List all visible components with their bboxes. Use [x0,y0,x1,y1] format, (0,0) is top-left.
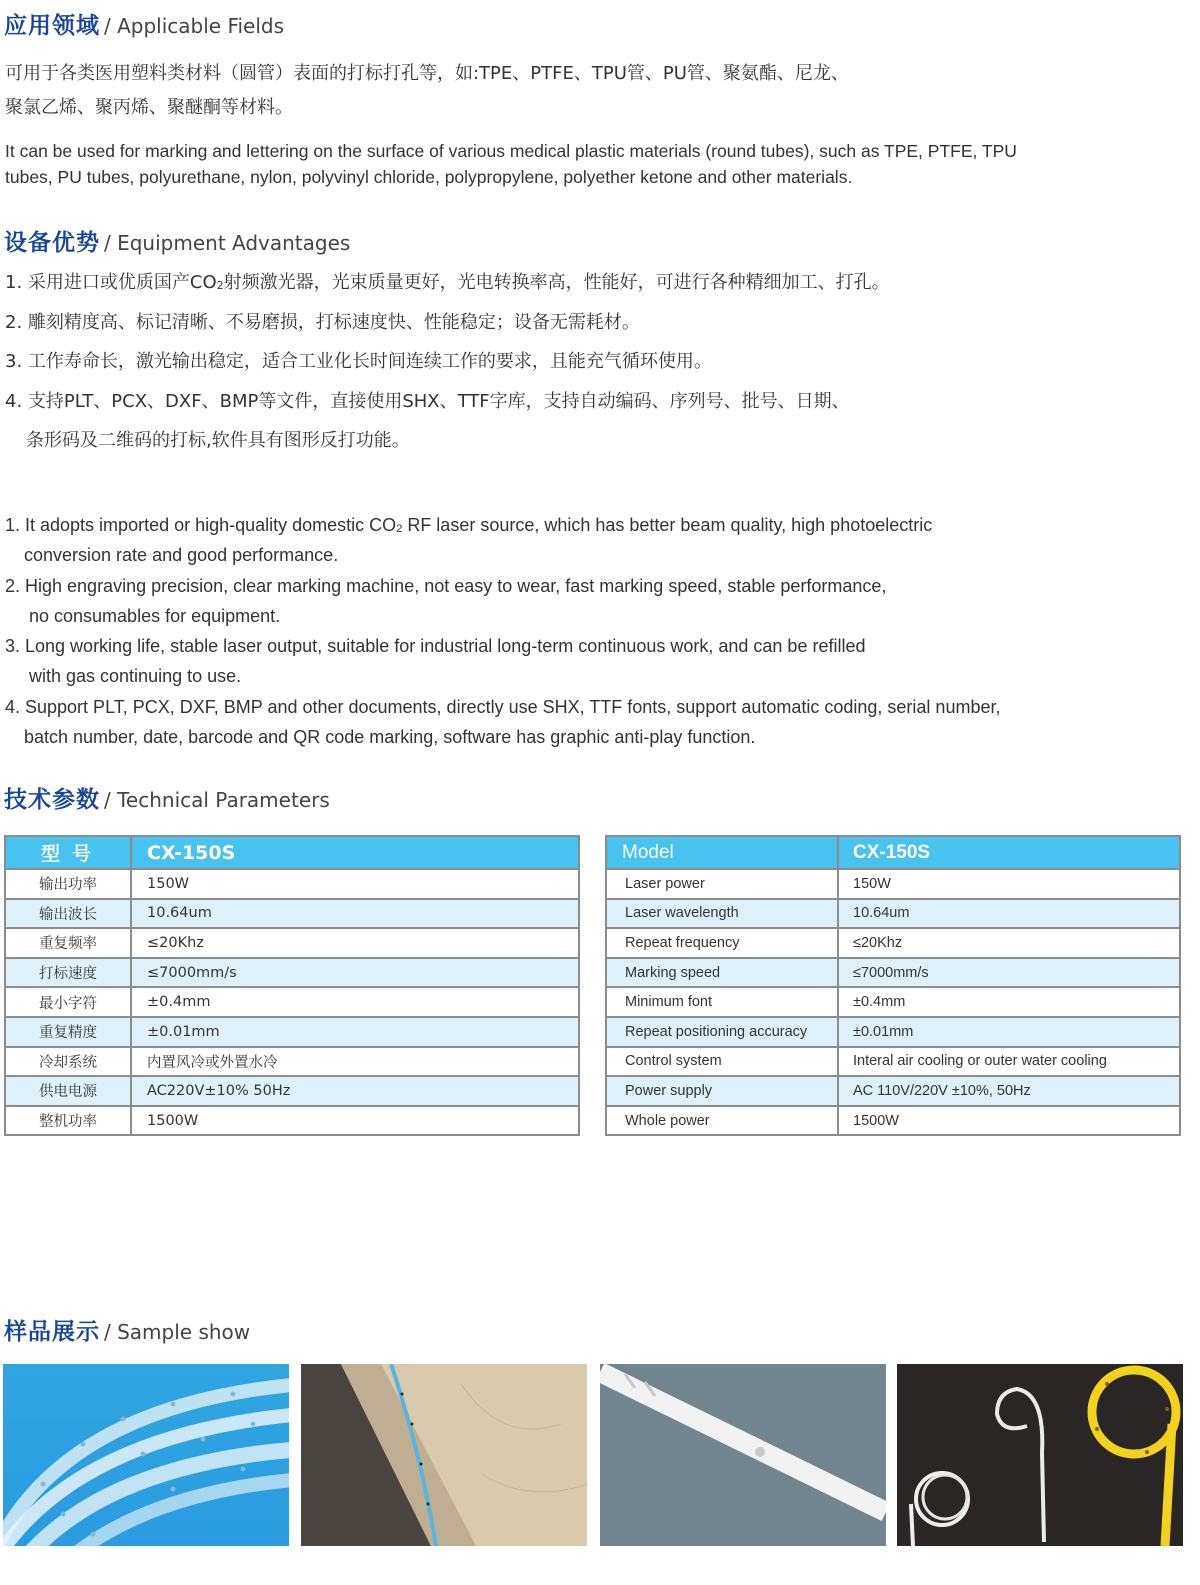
sample-image-blue-tube-on-wood [301,1364,587,1546]
applicable-fields-text-en: It can be used for marking and lettering… [5,138,1185,190]
advantage-line: 3. Long working life, stable laser outpu… [5,631,1185,661]
param-name: 输出波长 [5,899,131,929]
param-name: 供电电源 [5,1076,131,1106]
title-en: / Applicable Fields [104,14,284,38]
param-name: 重复精度 [5,1017,131,1047]
advantage-item: 4. 支持PLT、PCX、DXF、BMP等文件，直接使用SHX、TTF字库，支持… [5,382,1185,422]
table-row: Control systemInteral air cooling or out… [606,1047,1180,1077]
table-row: Repeat frequency≤20Khz [606,928,1180,958]
advantage-item: 1. 采用进口或优质国产CO2射频激光器，光束质量更好，光电转换率高，性能好，可… [5,263,1185,303]
param-name: Repeat frequency [606,928,838,958]
header-cell: CX-150S [131,836,579,869]
param-value: ±0.01mm [131,1017,579,1047]
text: 射频激光器，光束质量更好，光电转换率高，性能好，可进行各种精细加工、打孔。 [224,272,890,293]
table-header-row: 型号 CX-150S [5,836,579,869]
param-name: 重复频率 [5,928,131,958]
advantage-line: 2. High engraving precision, clear marki… [5,571,1185,601]
table-row: 冷却系统内置风冷或外置水冷 [5,1047,579,1077]
param-value: ±0.4mm [131,987,579,1017]
spec-table-zh: 型号 CX-150S 输出功率150W 输出波长10.64um 重复频率≤20K… [4,835,580,1136]
title-en: / Sample show [104,1320,250,1344]
param-name: 输出功率 [5,869,131,899]
table-row: 最小字符±0.4mm [5,987,579,1017]
param-name: Control system [606,1047,838,1077]
advantage-line: 1. It adopts imported or high-quality do… [5,510,1185,540]
table-row: Marking speed≤7000mm/s [606,958,1180,988]
param-name: Repeat positioning accuracy [606,1017,838,1047]
table-header-row: Model CX-150S [606,836,1180,869]
advantage-line: no consumables for equipment. [5,601,1185,631]
text: 1. It adopts imported or high-quality do… [5,515,396,535]
table-row: Power supplyAC 110V/220V ±10%, 50Hz [606,1076,1180,1106]
param-value: 1500W [131,1106,579,1136]
header-cell: CX-150S [838,836,1180,869]
wood-tube-image-icon [301,1364,587,1546]
subscript: 2 [217,279,224,292]
catheters-image-icon [897,1364,1183,1546]
text-line: tubes, PU tubes, polyurethane, nylon, po… [5,164,1185,190]
table-row: Minimum font±0.4mm [606,987,1180,1017]
param-value: 1500W [838,1106,1180,1136]
param-name: Laser wavelength [606,899,838,929]
advantages-list-zh: 1. 采用进口或优质国产CO2射频激光器，光束质量更好，光电转换率高，性能好，可… [5,263,1185,461]
param-value: ±0.01mm [838,1017,1180,1047]
param-name: Minimum font [606,987,838,1017]
text: 1. 采用进口或优质国产CO [5,272,217,293]
advantage-item: 2. 雕刻精度高、标记清晰、不易磨损，打标速度快、性能稳定；设备无需耗材。 [5,303,1185,343]
text-line: 聚氯乙烯、聚丙烯、聚醚酮等材料。 [5,91,1185,125]
advantage-item: 3. 工作寿命长，激光输出稳定，适合工业化长时间连续工作的要求，且能充气循环使用… [5,342,1185,382]
advantage-line: batch number, date, barcode and QR code … [5,722,1185,752]
title-en: / Technical Parameters [104,788,330,812]
sample-gallery [3,1364,1183,1546]
table-row: 整机功率1500W [5,1106,579,1136]
title-zh: 设备优势 [4,230,100,256]
section-title-applicable-fields: 应用领域/ Applicable Fields [4,7,284,40]
param-value: 150W [838,869,1180,899]
table-row: Laser wavelength10.64um [606,899,1180,929]
applicable-fields-text-zh: 可用于各类医用塑料类材料（圆管）表面的打标打孔等，如:TPE、PTFE、TPU管… [5,57,1185,125]
sample-image-blue-perforated-tubes [3,1364,289,1546]
param-name: Whole power [606,1106,838,1136]
advantage-line: conversion rate and good performance. [5,540,1185,570]
title-en: / Equipment Advantages [104,231,350,255]
param-value: AC220V±10% 50Hz [131,1076,579,1106]
param-value: AC 110V/220V ±10%, 50Hz [838,1076,1180,1106]
table-row: 重复精度±0.01mm [5,1017,579,1047]
sample-image-white-tube [600,1364,886,1546]
section-title-equipment-advantages: 设备优势/ Equipment Advantages [4,224,350,257]
title-zh: 应用领域 [4,13,100,39]
param-name: 整机功率 [5,1106,131,1136]
param-name: Marking speed [606,958,838,988]
table-row: 输出功率150W [5,869,579,899]
advantage-line: 4. Support PLT, PCX, DXF, BMP and other … [5,692,1185,722]
text: RF laser source, which has better beam q… [402,515,932,535]
section-title-sample-show: 样品展示/ Sample show [4,1313,250,1346]
text-line: It can be used for marking and lettering… [5,138,1185,164]
sample-image-pigtail-catheters [897,1364,1183,1546]
param-name: 冷却系统 [5,1047,131,1077]
param-value: Interal air cooling or outer water cooli… [838,1047,1180,1077]
table-row: 输出波长10.64um [5,899,579,929]
header-cell: 型号 [5,836,131,869]
param-value: 10.64um [131,899,579,929]
tubes-image-icon [3,1364,289,1546]
param-value: ≤20Khz [131,928,579,958]
advantages-list-en: 1. It adopts imported or high-quality do… [5,510,1185,752]
param-value: ±0.4mm [838,987,1180,1017]
spec-table-en: Model CX-150S Laser power150W Laser wave… [605,835,1181,1136]
param-name: 打标速度 [5,958,131,988]
param-value: 150W [131,869,579,899]
subscript: 2 [396,523,402,535]
param-name: 最小字符 [5,987,131,1017]
title-zh: 样品展示 [4,1319,100,1345]
param-value: ≤7000mm/s [838,958,1180,988]
text-line: 可用于各类医用塑料类材料（圆管）表面的打标打孔等，如:TPE、PTFE、TPU管… [5,57,1185,91]
param-value: 内置风冷或外置水冷 [131,1047,579,1077]
white-tube-image-icon [600,1364,886,1546]
table-row: Whole power1500W [606,1106,1180,1136]
section-title-technical-parameters: 技术参数/ Technical Parameters [4,781,330,814]
param-name: Laser power [606,869,838,899]
table-row: 重复频率≤20Khz [5,928,579,958]
advantage-line: with gas continuing to use. [5,661,1185,691]
title-zh: 技术参数 [4,787,100,813]
param-name: Power supply [606,1076,838,1106]
table-row: 打标速度≤7000mm/s [5,958,579,988]
table-row: Repeat positioning accuracy±0.01mm [606,1017,1180,1047]
param-value: ≤7000mm/s [131,958,579,988]
param-value: 10.64um [838,899,1180,929]
advantage-item-continued: 条形码及二维码的打标,软件具有图形反打功能。 [5,421,1185,461]
header-cell: Model [606,836,838,869]
table-row: 供电电源AC220V±10% 50Hz [5,1076,579,1106]
table-row: Laser power150W [606,869,1180,899]
param-value: ≤20Khz [838,928,1180,958]
